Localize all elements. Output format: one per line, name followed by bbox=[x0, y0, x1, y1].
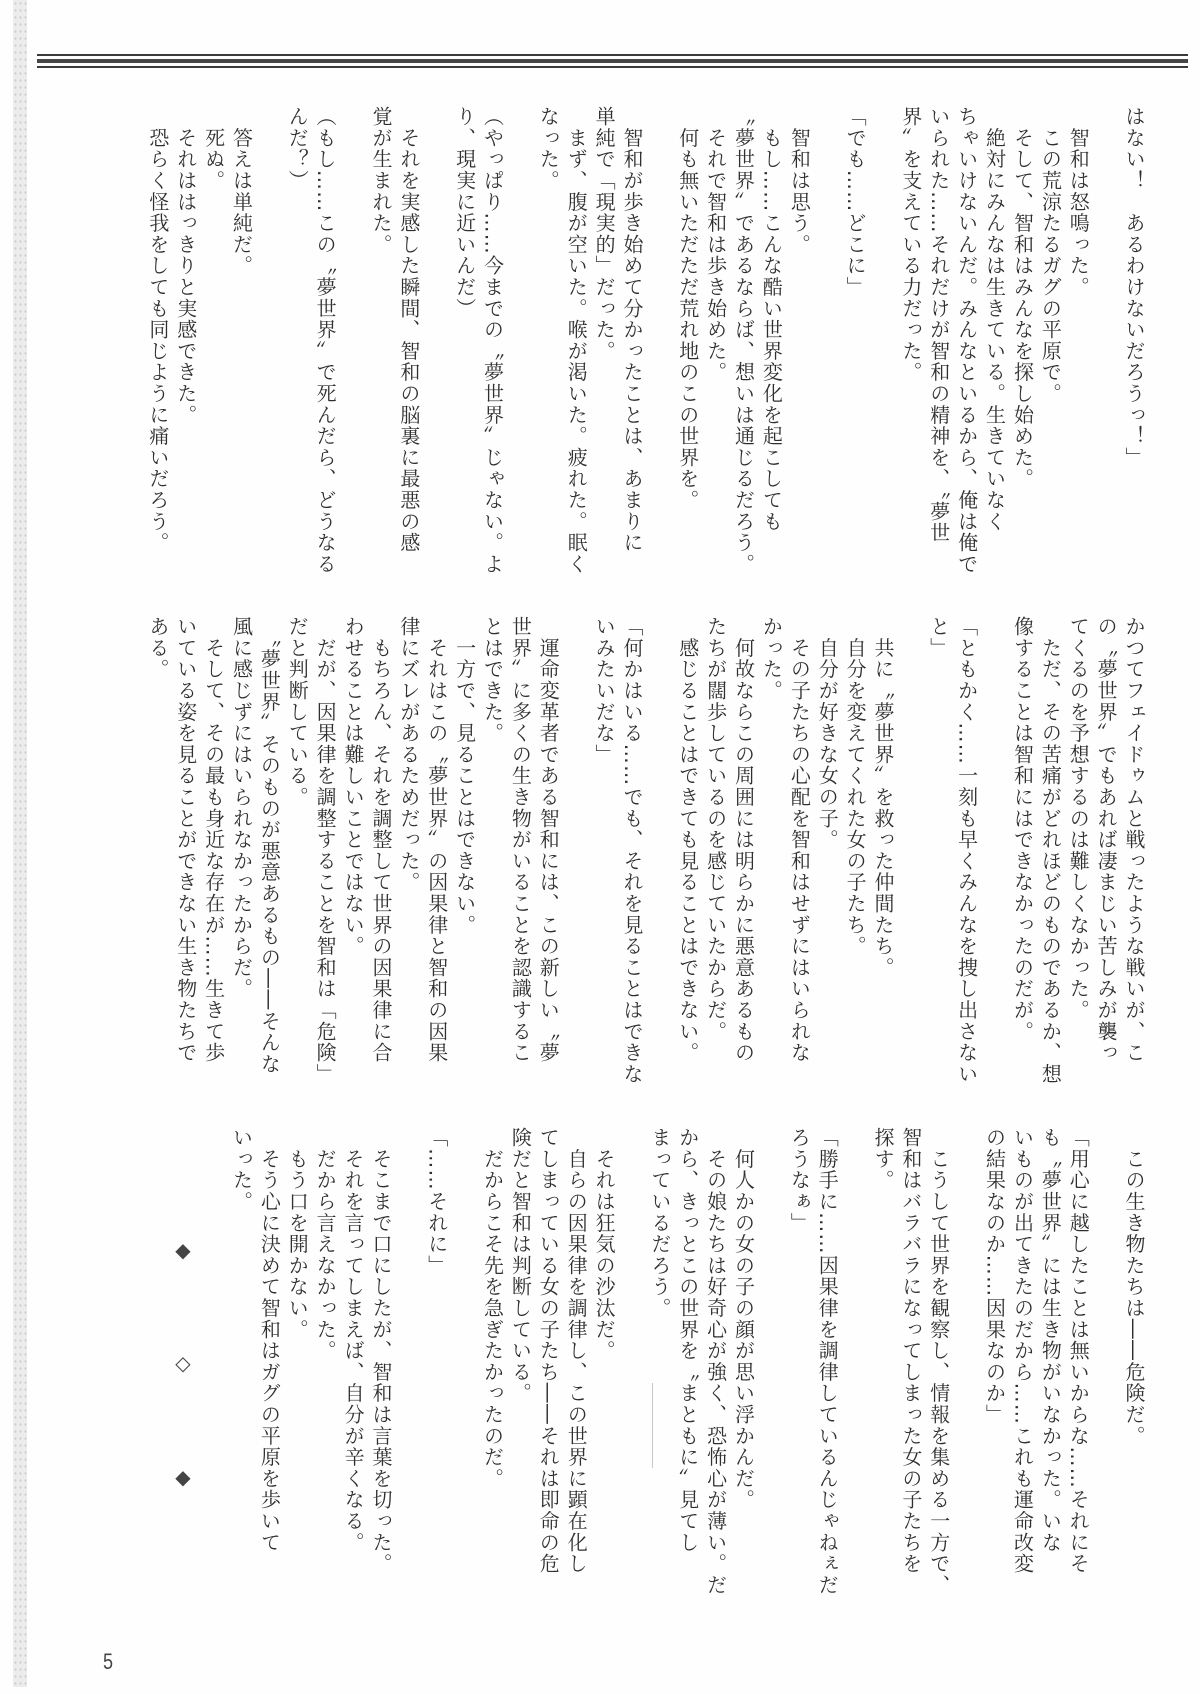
text-line: ちゃいけないんだ。みんなといるから、俺は俺で bbox=[952, 106, 980, 578]
hollow-diamond-icon: ◇ bbox=[172, 1352, 194, 1374]
text-line: わせることは難しいことではない。 bbox=[338, 616, 366, 1088]
paragraph: はない！ あるわけないだろうっ！」 bbox=[1119, 106, 1147, 578]
text-line: それを実感した瞬間、智和の脳裏に最悪の感 bbox=[394, 106, 422, 578]
text-line: 「……それに」 bbox=[422, 1127, 450, 1599]
text-line: 「ともかく……一刻も早くみんなを捜し出さない bbox=[952, 616, 980, 1088]
dialogue: 「でも……どこに」 bbox=[840, 106, 868, 578]
text-line: 智和はバラバラになってしまった女の子たちを bbox=[896, 1127, 924, 1599]
paragraph-gap bbox=[1091, 106, 1119, 578]
paragraph: そこまで口にしたが、智和は言葉を切った。 それを言ってしまえば、自分が辛くなる。… bbox=[227, 1127, 394, 1599]
paragraph-gap bbox=[394, 1127, 422, 1599]
text-line: そして、智和はみんなを探し始めた。 bbox=[1008, 106, 1036, 578]
text-line: 運命変革者である智和には、この新しい〝夢 bbox=[533, 616, 561, 1088]
inner-thought: （やっぱり……今までの〝夢世界〟じゃない。よ り、現実に近いんだ） bbox=[450, 106, 506, 578]
text-line: 「でも……どこに」 bbox=[840, 106, 868, 578]
paragraph-gap bbox=[338, 106, 366, 578]
text-line: 一方で、見ることはできない。 bbox=[450, 616, 478, 1088]
paragraph: 何人かの女の子の顔が思い浮かんだ。 その娘たちは好奇心が強く、恐怖心が薄い。だ … bbox=[645, 1127, 757, 1599]
dialogue: 「……それに」 bbox=[422, 1127, 450, 1599]
paragraph: それは狂気の沙汰だ。 自らの因果律を調律し、この世界に顕在化し てしまっている女… bbox=[478, 1127, 617, 1599]
text-line: 恐らく怪我をしても同じように痛いだろう。 bbox=[143, 106, 171, 578]
text-line: 絶対にみんなは生きている。生きていなく bbox=[980, 106, 1008, 578]
text-tier-bottom: この生き物たちは――危険だ。 「用心に越したことは無いからな……それにそ も〝夢… bbox=[142, 1127, 1147, 1599]
paragraph-gap bbox=[812, 106, 840, 578]
text-line: てしまっている女の子たち――それは即命の危 bbox=[533, 1127, 561, 1599]
text-line: だから言えなかった。 bbox=[310, 1127, 338, 1599]
text-line: まっているだろう。 bbox=[645, 1127, 673, 1599]
text-line: そう心に決めて智和はガグの平原を歩いて bbox=[255, 1127, 283, 1599]
paragraph: 智和が歩き始めて分かったことは、あまりに 単純で「現実的」だった。 まず、腹が空… bbox=[533, 106, 645, 578]
text-line: （もし……この〝夢世界〟で死んだら、どうなる bbox=[310, 106, 338, 578]
text-line: ある。 bbox=[143, 616, 171, 1088]
text-line: 覚が生まれた。 bbox=[366, 106, 394, 578]
text-line: 界〟を支えている力だった。 bbox=[896, 106, 924, 578]
paragraph: かつてフェイドゥムと戦ったような戦いが、こ の〝夢世界〟でもあれば凄まじい苦しみ… bbox=[1008, 616, 1147, 1088]
text-line: 共に〝夢世界〟を救った仲間たち。 bbox=[868, 616, 896, 1088]
text-line: ただ、その苦痛がどれほどのものであるか、想 bbox=[1035, 616, 1063, 1088]
text-line: てくるのを予想するのは難しくなかった。 bbox=[1063, 616, 1091, 1088]
paragraph-gap bbox=[450, 1127, 478, 1599]
text-line: 〝夢世界〟そのものが悪意あるもの――そんな bbox=[255, 616, 283, 1088]
text-line: 自分が好きな女の子。 bbox=[812, 616, 840, 1088]
text-line: 探す。 bbox=[868, 1127, 896, 1599]
paragraph: 共に〝夢世界〟を救った仲間たち。 自分を変えてくれた女の子たち。 自分が好きな女… bbox=[673, 616, 896, 1088]
text-line: 単純で「現実的」だった。 bbox=[589, 106, 617, 578]
text-line: の結果なのか……因果なのか」 bbox=[980, 1127, 1008, 1599]
text-line: この生き物たちは――危険だ。 bbox=[1119, 1127, 1147, 1599]
text-line: 智和は怒鳴った。 bbox=[1063, 106, 1091, 578]
text-line: んだ？） bbox=[282, 106, 310, 578]
text-line: はない！ あるわけないだろうっ！」 bbox=[1119, 106, 1147, 578]
text-line: 感じることはできても見ることはできない。 bbox=[673, 616, 701, 1088]
text-line: こうして世界を観察し、情報を集める一方で、 bbox=[924, 1127, 952, 1599]
text-line: 自らの因果律を調律し、この世界に顕在化し bbox=[561, 1127, 589, 1599]
text-line: もちろん、それを調整して世界の因果律に合 bbox=[366, 616, 394, 1088]
text-line: なった。 bbox=[533, 106, 561, 578]
text-line: 世界〟に多くの生き物がいることを認識するこ bbox=[506, 616, 534, 1088]
text-line: それはこの〝夢世界〟の因果律と智和の因果 bbox=[422, 616, 450, 1088]
text-tier-middle: かつてフェイドゥムと戦ったような戦いが、こ の〝夢世界〟でもあれば凄まじい苦しみ… bbox=[142, 616, 1147, 1088]
paragraph: 答えは単純だ。 死ぬ。 それははっきりと実感できた。 恐らく怪我をしても同じよう… bbox=[143, 106, 255, 578]
text-line: 「何かはいる……でも、それを見ることはできな bbox=[617, 616, 645, 1088]
dialogue: 「何かはいる……でも、それを見ることはできな いみたいだな」 bbox=[589, 616, 645, 1088]
text-line: 自分を変えてくれた女の子たち。 bbox=[840, 616, 868, 1088]
text-line: それははっきりと実感できた。 bbox=[171, 106, 199, 578]
scan-binding-strip bbox=[13, 0, 27, 1687]
text-line: 「勝手に……因果律を調律しているんじゃねぇだ bbox=[812, 1127, 840, 1599]
text-line: 〝夢世界〟であるならば、想いは通じるだろう。 bbox=[729, 106, 757, 578]
text-line: だからこそ先を急ぎたかったのだ。 bbox=[478, 1127, 506, 1599]
text-line: もし……こんな酷い世界変化を起こしても bbox=[757, 106, 785, 578]
text-line: それを言ってしまえば、自分が辛くなる。 bbox=[338, 1127, 366, 1599]
text-line: いみたいだな」 bbox=[589, 616, 617, 1088]
text-line: そこまで口にしたが、智和は言葉を切った。 bbox=[366, 1127, 394, 1599]
paragraph-gap bbox=[645, 106, 673, 578]
header-rule-thin-top bbox=[37, 54, 1188, 56]
text-tier-top: はない！ あるわけないだろうっ！」 智和は怒鳴った。 この荒涼たるガグの平原で。… bbox=[142, 106, 1147, 578]
text-line: と」 bbox=[924, 616, 952, 1088]
paragraph-gap bbox=[645, 616, 673, 1088]
text-line: もう口を開かない。 bbox=[282, 1127, 310, 1599]
text-line: いものが出てきたのだから……これも運命改変 bbox=[1008, 1127, 1036, 1599]
text-line: の〝夢世界〟でもあれば凄まじい苦しみが襲っ bbox=[1091, 616, 1119, 1088]
text-line: 何人かの女の子の顔が思い浮かんだ。 bbox=[729, 1127, 757, 1599]
paragraph: 智和は思う。 もし……こんな酷い世界変化を起こしても 〝夢世界〟であるならば、想… bbox=[673, 106, 812, 578]
text-line: それで智和は歩き始めた。 bbox=[701, 106, 729, 578]
text-line: 険だと智和は判断している。 bbox=[506, 1127, 534, 1599]
inner-thought: （もし……この〝夢世界〟で死んだら、どうなる んだ？） bbox=[282, 106, 338, 578]
text-line: 風に感じずにはいられなかったからだ。 bbox=[227, 616, 255, 1088]
paragraph-gap bbox=[980, 616, 1008, 1088]
dialogue: 「ともかく……一刻も早くみんなを捜し出さない と」 bbox=[924, 616, 980, 1088]
dialogue: 「勝手に……因果律を調律しているんじゃねぇだ ろうなぁ」 bbox=[784, 1127, 840, 1599]
paragraph-gap bbox=[422, 106, 450, 578]
paragraph: 智和は怒鳴った。 この荒涼たるガグの平原で。 そして、智和はみんなを探し始めた。… bbox=[896, 106, 1091, 578]
paragraph-gap bbox=[617, 1127, 645, 1599]
text-line: かつてフェイドゥムと戦ったような戦いが、こ bbox=[1119, 616, 1147, 1088]
text-line: から、きっとこの世界を〝まともに〟見てし bbox=[673, 1127, 701, 1599]
paragraph: 運命変革者である智和には、この新しい〝夢 世界〟に多くの生き物がいることを認識す… bbox=[143, 616, 561, 1088]
paragraph-gap bbox=[840, 1127, 868, 1599]
text-line: も〝夢世界〟には生き物がいなかった。いな bbox=[1035, 1127, 1063, 1599]
text-line: だが、因果律を調整することを智和は「危険」 bbox=[310, 616, 338, 1088]
paragraph: それを実感した瞬間、智和の脳裏に最悪の感 覚が生まれた。 bbox=[366, 106, 422, 578]
paragraph: この生き物たちは――危険だ。 bbox=[1119, 1127, 1147, 1599]
paragraph-gap bbox=[1091, 1127, 1119, 1599]
header-rule-thin-bottom bbox=[37, 66, 1188, 68]
text-line: その娘たちは好奇心が強く、恐怖心が薄い。だ bbox=[701, 1127, 729, 1599]
paragraph-gap bbox=[255, 106, 283, 578]
text-line: 「用心に越したことは無いからな……それにそ bbox=[1063, 1127, 1091, 1599]
paragraph: こうして世界を観察し、情報を集める一方で、 智和はバラバラになってしまった女の子… bbox=[868, 1127, 952, 1599]
paragraph-gap bbox=[506, 106, 534, 578]
text-line: 死ぬ。 bbox=[199, 106, 227, 578]
text-line: いられた……それだけが智和の精神を、〝夢世 bbox=[924, 106, 952, 578]
text-line: ろうなぁ」 bbox=[784, 1127, 812, 1599]
text-line: いった。 bbox=[227, 1127, 255, 1599]
paragraph-gap bbox=[952, 1127, 980, 1599]
text-line: 答えは単純だ。 bbox=[227, 106, 255, 578]
text-line: 智和が歩き始めて分かったことは、あまりに bbox=[617, 106, 645, 578]
text-line: そして、その最も身近な存在が……生きて歩 bbox=[199, 616, 227, 1088]
paragraph-gap bbox=[896, 616, 924, 1088]
text-line: 何も無いただただ荒れ地のこの世界を。 bbox=[673, 106, 701, 578]
text-line: 何故ならこの周囲には明らかに悪意あるもの bbox=[729, 616, 757, 1088]
text-line: まず、腹が空いた。喉が渇いた。疲れた。眠く bbox=[561, 106, 589, 578]
text-line: 智和は思う。 bbox=[784, 106, 812, 578]
text-line: だと判断している。 bbox=[282, 616, 310, 1088]
text-line: （やっぱり……今までの〝夢世界〟じゃない。よ bbox=[478, 106, 506, 578]
text-line: たちが闊歩しているのを感じていたからだ。 bbox=[701, 616, 729, 1088]
text-line: 像することは智和にはできなかったのだが。 bbox=[1008, 616, 1036, 1088]
filled-diamond-icon: ◆ bbox=[172, 1466, 194, 1488]
text-line: とはできた。 bbox=[478, 616, 506, 1088]
text-line: その子たちの心配を智和はせずにはいられな bbox=[784, 616, 812, 1088]
text-line: かった。 bbox=[757, 616, 785, 1088]
paragraph-gap bbox=[868, 106, 896, 578]
paragraph-gap bbox=[757, 1127, 785, 1599]
text-line: いている姿を見ることができない生き物たちで bbox=[171, 616, 199, 1088]
paragraph-gap bbox=[561, 616, 589, 1088]
page-number: 5 bbox=[103, 1649, 113, 1675]
text-line: 律にズレがあるためだった。 bbox=[394, 616, 422, 1088]
text-line: り、現実に近いんだ） bbox=[450, 106, 478, 578]
filled-diamond-icon: ◆ bbox=[172, 1239, 194, 1261]
header-rule-thick bbox=[37, 59, 1188, 63]
text-line: それは狂気の沙汰だ。 bbox=[589, 1127, 617, 1599]
scan-artifact-line bbox=[652, 1383, 653, 1468]
dialogue: 「用心に越したことは無いからな……それにそ も〝夢世界〟には生き物がいなかった。… bbox=[980, 1127, 1092, 1599]
text-line: この荒涼たるガグの平原で。 bbox=[1035, 106, 1063, 578]
